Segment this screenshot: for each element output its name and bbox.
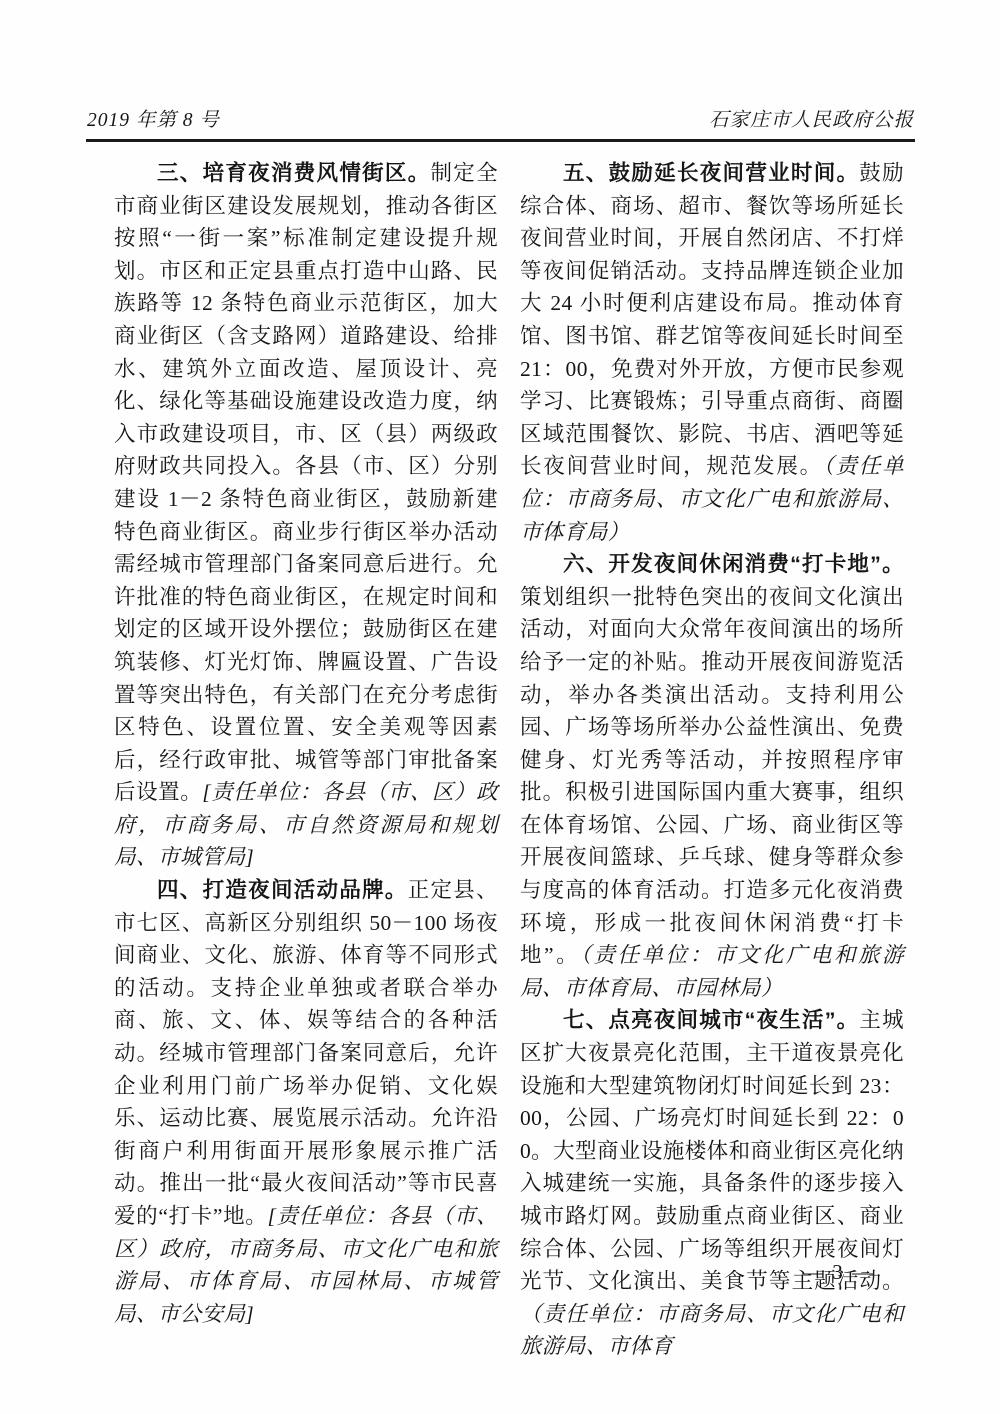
issue-number: 2019 年第 8 号: [87, 104, 220, 132]
right-column: 五、鼓励延长夜间营业时间。鼓励综合体、商场、超市、餐饮等场所延长夜间营业时间，开…: [520, 157, 904, 1363]
paragraph-5-text: 鼓励综合体、商场、超市、餐饮等场所延长夜间营业时间，开展自然闭店、不打烊等夜间促…: [520, 161, 904, 478]
paragraph-4-heading: 四、打造夜间活动品牌。: [157, 878, 408, 902]
page-body: 三、培育夜消费风情街区。制定全市商业街区建设发展规划，推动各街区按照“一街一案”…: [114, 157, 904, 1363]
left-column: 三、培育夜消费风情街区。制定全市商业街区建设发展规划，推动各街区按照“一街一案”…: [114, 157, 498, 1363]
paragraph-5: 五、鼓励延长夜间营业时间。鼓励综合体、商场、超市、餐饮等场所延长夜间营业时间，开…: [520, 157, 904, 548]
paragraph-6-heading: 六、开发夜间休闲消费“打卡地”。: [563, 552, 904, 576]
paragraph-5-heading: 五、鼓励延长夜间营业时间。: [563, 161, 859, 185]
paragraph-4: 四、打造夜间活动品牌。正定县、市七区、高新区分别组织 50－100 场夜间商业、…: [114, 874, 498, 1330]
page-header: 2019 年第 8 号 石家庄市人民政府公报: [87, 104, 914, 132]
header-divider: [86, 139, 915, 142]
paragraph-3-heading: 三、培育夜消费风情街区。: [157, 161, 431, 185]
paragraph-7: 七、点亮夜间城市“夜生活”。主城区扩大夜景亮化范围，主干道夜景亮化设施和大型建筑…: [520, 1004, 904, 1363]
paragraph-7-responsible-units: （责任单位：市商务局、市文化广电和旅游局、市体育: [520, 1302, 904, 1359]
paragraph-3: 三、培育夜消费风情街区。制定全市商业街区建设发展规划，推动各街区按照“一街一案”…: [114, 157, 498, 874]
paragraph-7-text: 主城区扩大夜景亮化范围，主干道夜景亮化设施和大型建筑物闭灯时间延长到 23：00…: [520, 1008, 904, 1293]
gazette-title: 石家庄市人民政府公报: [709, 104, 914, 132]
gazette-page: 2019 年第 8 号 石家庄市人民政府公报 三、培育夜消费风情街区。制定全市商…: [0, 0, 1000, 1414]
paragraph-6: 六、开发夜间休闲消费“打卡地”。策划组织一批特色突出的夜间文化演出活动，对面向大…: [520, 548, 904, 1004]
paragraph-3-text: 制定全市商业街区建设发展规划，推动各街区按照“一街一案”标准制定建设提升规划。市…: [114, 161, 498, 804]
page-number: — 3 —: [802, 1260, 875, 1284]
paragraph-6-text: 策划组织一批特色突出的夜间文化演出活动，对面向大众常年夜间演出的场所给予一定的补…: [520, 585, 904, 968]
page-footer: — 3 —: [802, 1260, 875, 1285]
paragraph-7-heading: 七、点亮夜间城市“夜生活”。: [563, 1008, 859, 1032]
paragraph-4-text: 正定县、市七区、高新区分别组织 50－100 场夜间商业、文化、旅游、体育等不同…: [114, 878, 498, 1228]
